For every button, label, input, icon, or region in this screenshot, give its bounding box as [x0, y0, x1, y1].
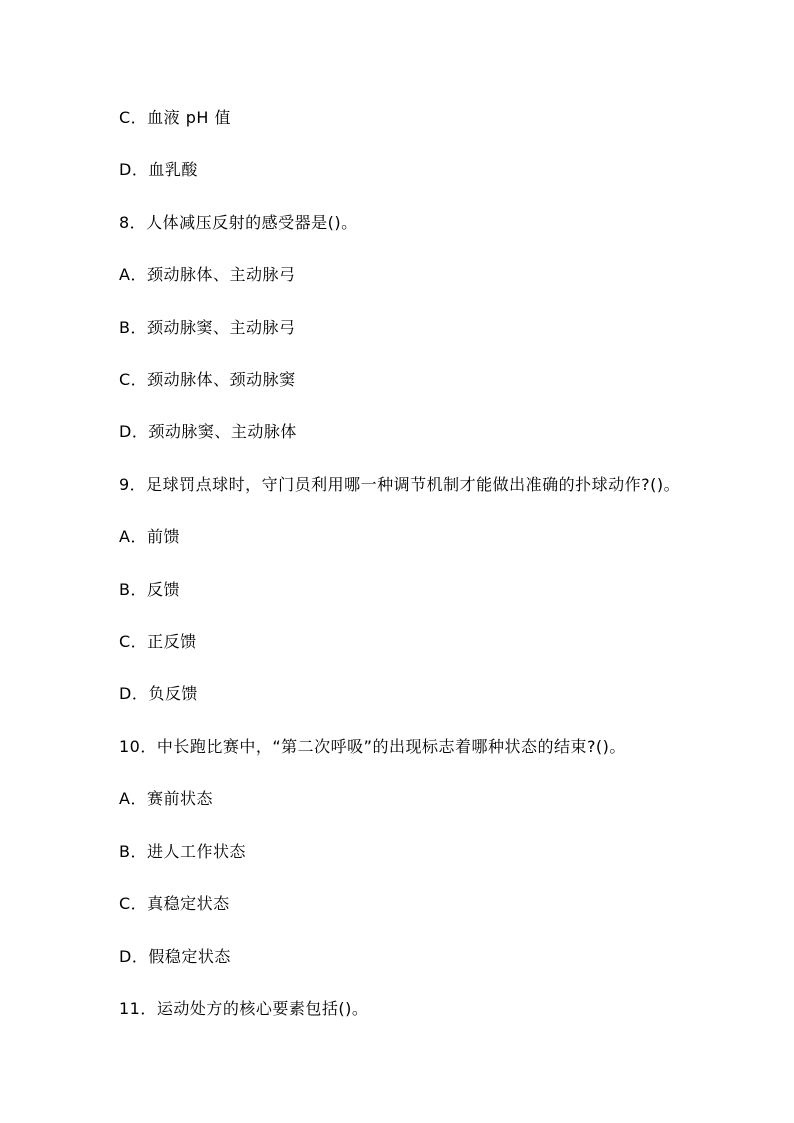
- question-10-option-b: B．进人工作状态: [119, 844, 754, 860]
- question-10-option-d: D．假稳定状态: [119, 949, 754, 965]
- question-9-option-c: C．正反馈: [119, 634, 754, 650]
- question-8-option-d: D．颈动脉窦、主动脉体: [119, 424, 754, 440]
- question-9-option-a: A．前馈: [119, 529, 754, 545]
- question-9-option-b: B．反馈: [119, 582, 754, 598]
- question-10-option-c: C．真稳定状态: [119, 896, 754, 912]
- question-10-option-a: A．赛前状态: [119, 791, 754, 807]
- question-8-option-b: B．颈动脉窦、主动脉弓: [119, 320, 754, 336]
- document-content: C．血液 pH 值 D．血乳酸 8．人体减压反射的感受器是()。 A．颈动脉体、…: [119, 110, 754, 1053]
- prev-question-option-c: C．血液 pH 值: [119, 110, 754, 126]
- question-9-stem: 9．足球罚点球时，守门员利用哪一种调节机制才能做出准确的扑球动作?()。: [119, 477, 754, 493]
- prev-question-option-d: D．血乳酸: [119, 162, 754, 178]
- question-8-stem: 8．人体减压反射的感受器是()。: [119, 215, 754, 231]
- document-page: C．血液 pH 值 D．血乳酸 8．人体减压反射的感受器是()。 A．颈动脉体、…: [0, 0, 794, 1123]
- question-8-option-c: C．颈动脉体、颈动脉窦: [119, 372, 754, 388]
- question-8-option-a: A．颈动脉体、主动脉弓: [119, 267, 754, 283]
- question-11-stem: 11．运动处方的核心要素包括()。: [119, 1001, 754, 1017]
- question-10-stem: 10．中长跑比赛中，“第二次呼吸”的出现标志着哪种状态的结束?()。: [119, 739, 754, 755]
- question-9-option-d: D．负反馈: [119, 686, 754, 702]
